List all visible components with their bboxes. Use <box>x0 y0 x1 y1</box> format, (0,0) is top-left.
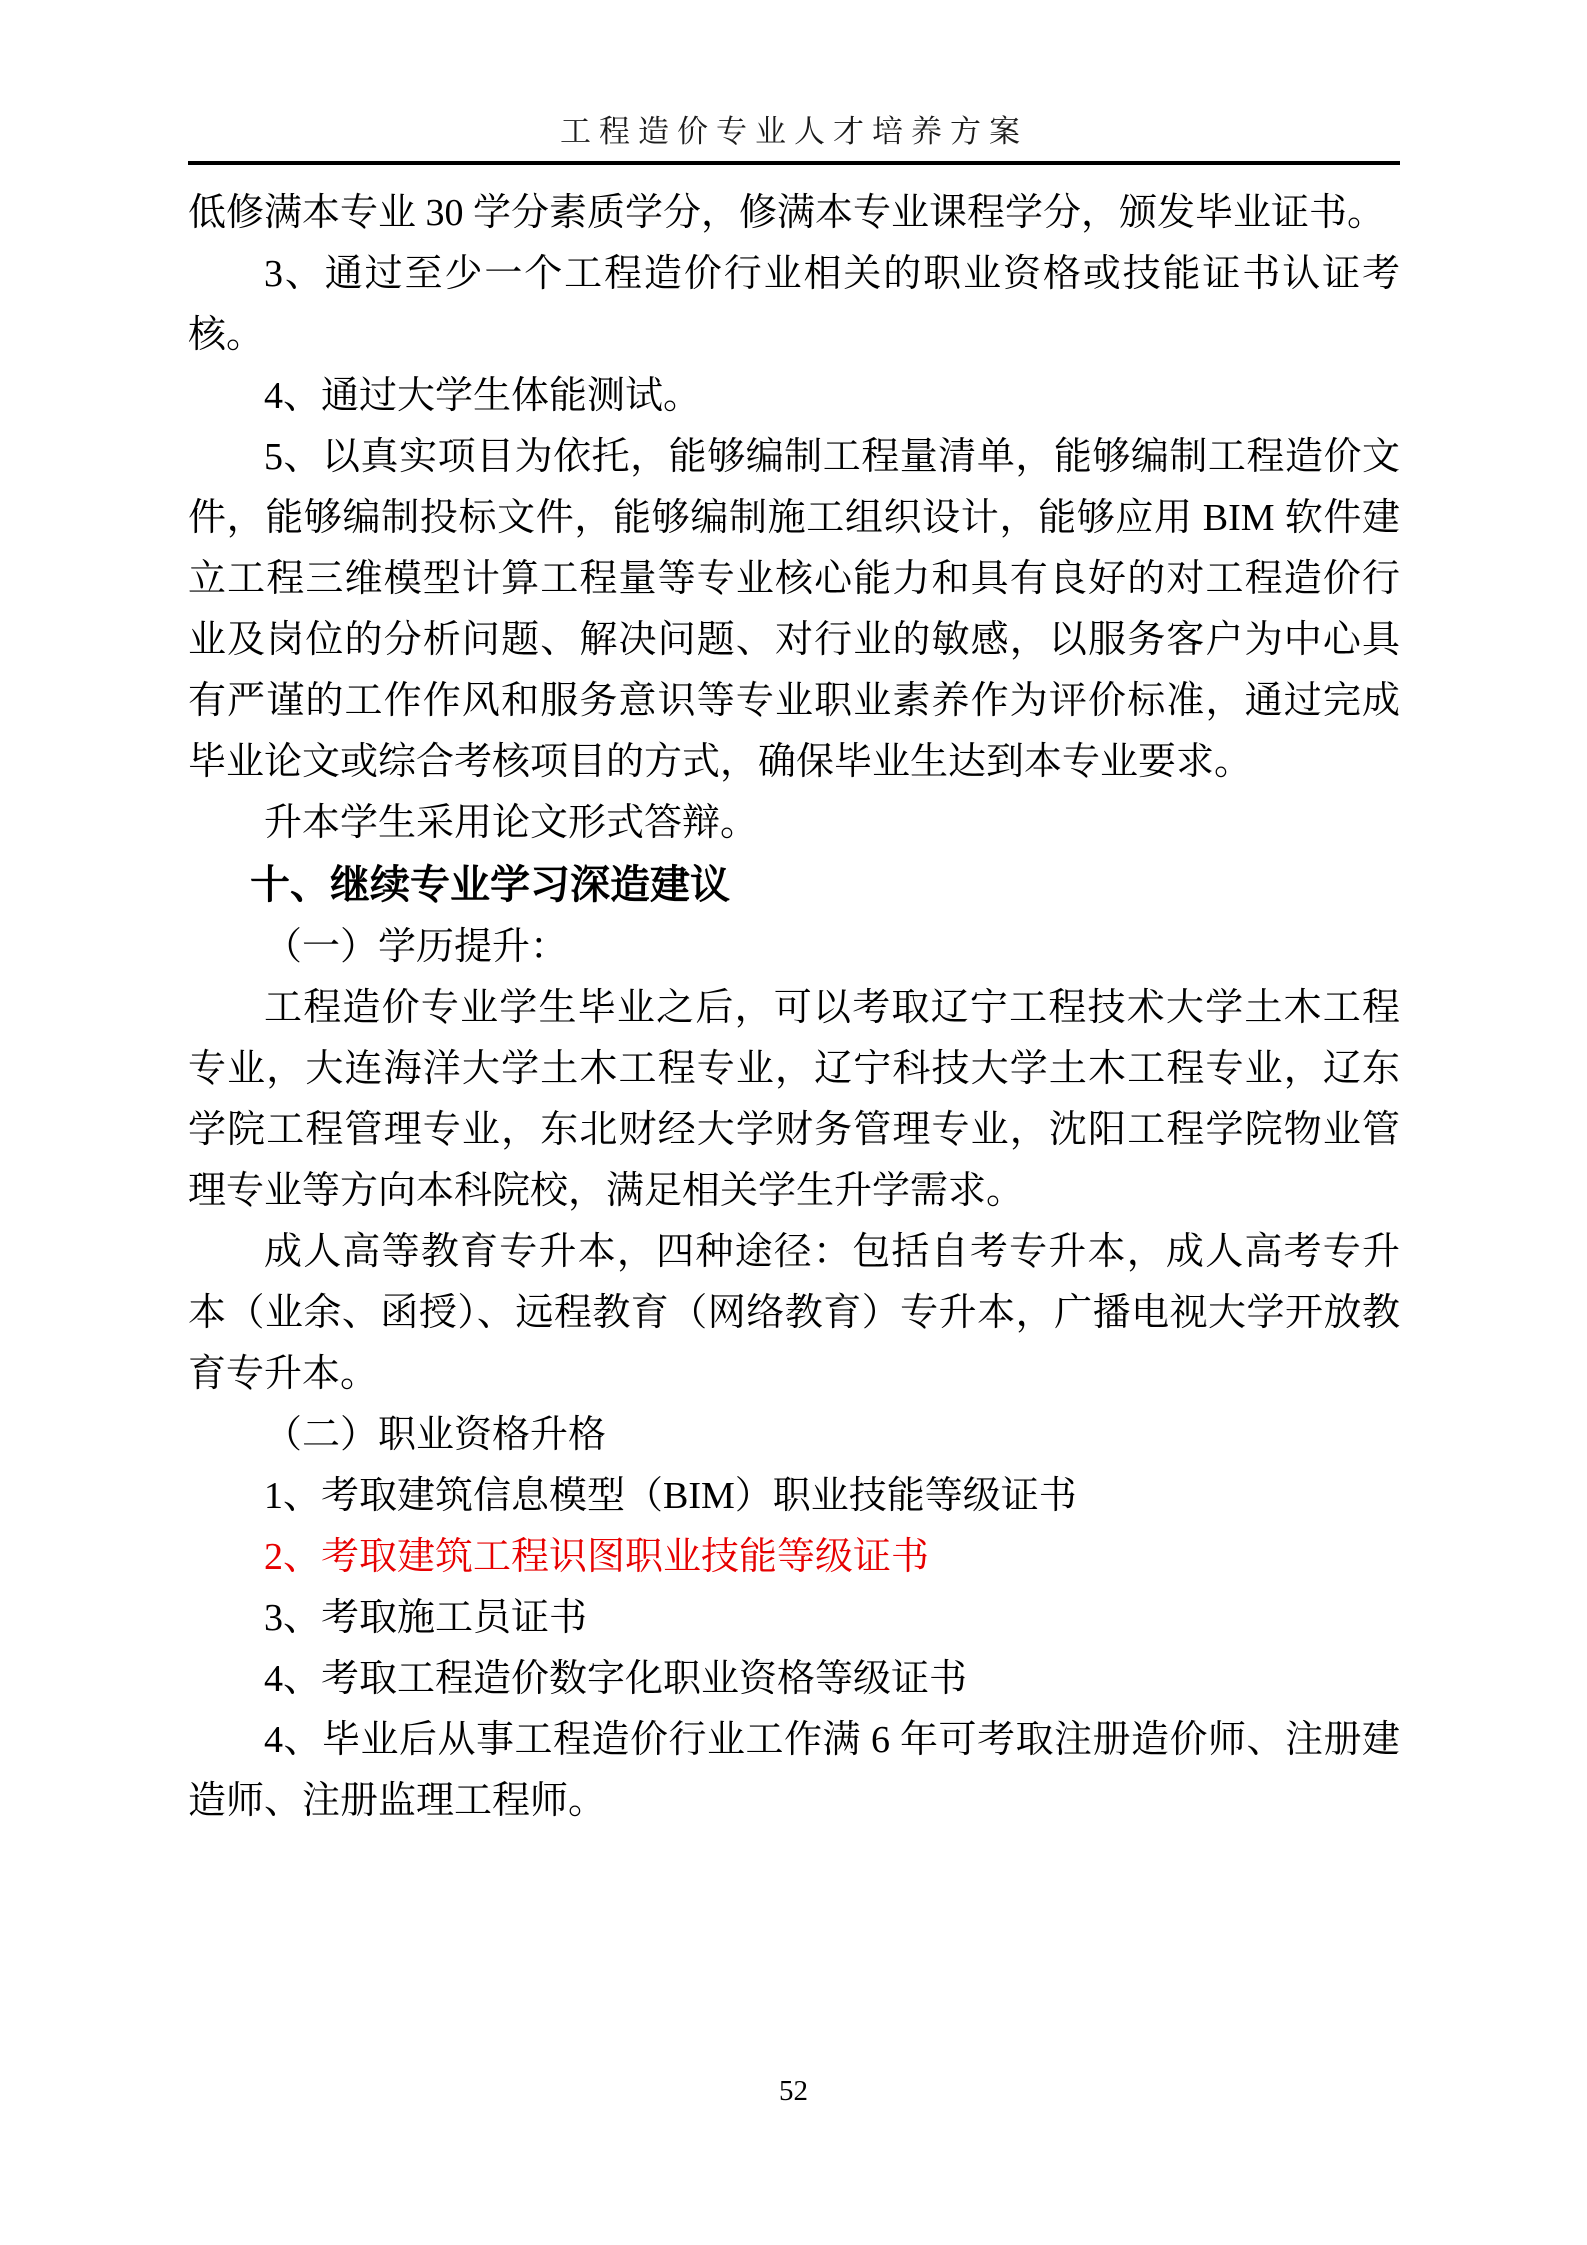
page-footer: 52 <box>0 2075 1587 2108</box>
section-heading-further-study: 十、继续专业学习深造建议 <box>188 854 1400 917</box>
paragraph-item-5-core-abilities: 5、以真实项目为依托，能够编制工程量清单，能够编制工程造价文件，能够编制投标文件… <box>188 427 1400 793</box>
page-number: 52 <box>779 2075 808 2107</box>
paragraph-universities-list: 工程造价专业学生毕业之后，可以考取辽宁工程技术大学土木工程专业，大连海洋大学土木… <box>188 978 1400 1222</box>
document-body: 低修满本专业 30 学分素质学分，修满本专业课程学分，颁发毕业证书。 3、通过至… <box>188 183 1400 1832</box>
paragraph-cert-drawing-reading: 2、考取建筑工程识图职业技能等级证书 <box>188 1527 1400 1588</box>
paragraph-item-4-fitness-test: 4、通过大学生体能测试。 <box>188 366 1400 427</box>
document-header-title: 工程造价专业人才培养方案 <box>560 114 1028 149</box>
document-page: 工程造价专业人才培养方案 低修满本专业 30 学分素质学分，修满本专业课程学分，… <box>0 0 1587 2245</box>
paragraph-cert-digital-cost: 4、考取工程造价数字化职业资格等级证书 <box>188 1649 1400 1710</box>
page-header: 工程造价专业人才培养方案 <box>188 106 1400 165</box>
paragraph-adult-education-paths: 成人高等教育专升本，四种途径：包括自考专升本，成人高考专升本（业余、函授）、远程… <box>188 1222 1400 1405</box>
subsection-degree-advancement: （一）学历提升： <box>188 917 1400 978</box>
subsection-vocational-qualification: （二）职业资格升格 <box>188 1405 1400 1466</box>
paragraph-graduation-credits: 低修满本专业 30 学分素质学分，修满本专业课程学分，颁发毕业证书。 <box>188 183 1400 244</box>
paragraph-registered-engineer: 4、毕业后从事工程造价行业工作满 6 年可考取注册造价师、注册建造师、注册监理工… <box>188 1710 1400 1832</box>
paragraph-item-3-certification: 3、通过至少一个工程造价行业相关的职业资格或技能证书认证考核。 <box>188 244 1400 366</box>
paragraph-cert-constructor: 3、考取施工员证书 <box>188 1588 1400 1649</box>
paragraph-cert-bim: 1、考取建筑信息模型（BIM）职业技能等级证书 <box>188 1466 1400 1527</box>
paragraph-thesis-defense: 升本学生采用论文形式答辩。 <box>188 793 1400 854</box>
